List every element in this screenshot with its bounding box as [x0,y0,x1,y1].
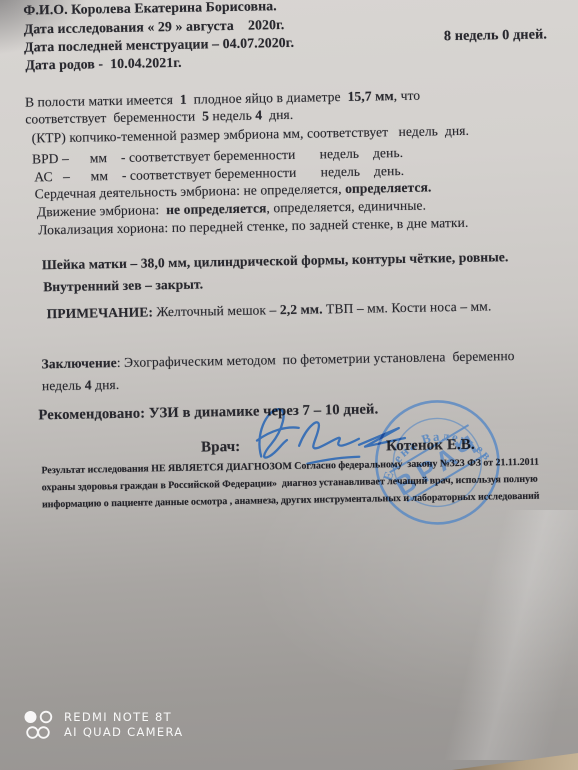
document-photo: Ф.И.О. Королева Екатерина Борисовна. Дат… [0,0,578,770]
patient-name-line: Ф.И.О. Королева Екатерина Борисовна. [23,0,277,19]
conclusion-line-2: недель 4 дня. [42,377,120,394]
conclusion-label: Заключение [41,355,116,371]
birth-date-line: Дата родов - 10.04.2021г. [25,55,182,74]
ktr-line: (КТР) копчико-теменной размер эмбриона м… [32,123,470,147]
gestational-age: 8 недель 0 дней. [444,26,547,45]
cervix-line: Шейка матки – 38,0 мм, цилиндрической фо… [42,249,509,273]
camera-watermark-text: REDMI NOTE 8T AI QUAD CAMERA [64,710,183,740]
camera-model: REDMI NOTE 8T [64,710,183,725]
ai-quad-camera-icon [23,710,54,740]
last-menstruation: Дата последней менструации – 04.07.2020г… [24,35,294,55]
camera-watermark: REDMI NOTE 8T AI QUAD CAMERA [23,710,183,740]
study-date: Дата исследования « 29 » августа 2020г. [24,17,285,37]
conclusion-line: Заключение: Эхографическим методом по фе… [41,348,514,372]
last-menstruation-line: Дата последней менструации – 04.07.2020г… [24,35,294,56]
patient-name: Ф.И.О. Королева Екатерина Борисовна. [23,0,277,18]
birth-date: Дата родов - 10.04.2021г. [25,55,182,73]
note-line: ПРИМЕЧАНИЕ: Желточный мешок – 2,2 мм. ТВ… [47,298,492,322]
ultrasound-report: Ф.И.О. Королева Екатерина Борисовна. Дат… [0,0,578,770]
note-label: ПРИМЕЧАНИЕ: [47,304,154,321]
camera-caption: AI QUAD CAMERA [64,725,183,740]
term-line: соответствует беременности 5 недель 4 дн… [25,107,293,128]
doctor-label: Врач: [201,439,240,457]
internal-os-line: Внутренний зев – закрыт. [43,276,203,295]
study-date-line: Дата исследования « 29 » августа 2020г. [24,17,285,38]
doctor-round-stamp: Елена Валерьев ВРАЧ [360,385,515,540]
yolk-sac-value: 2,2 мм. [280,301,323,317]
sac-diameter: 15,7 мм [347,88,393,104]
